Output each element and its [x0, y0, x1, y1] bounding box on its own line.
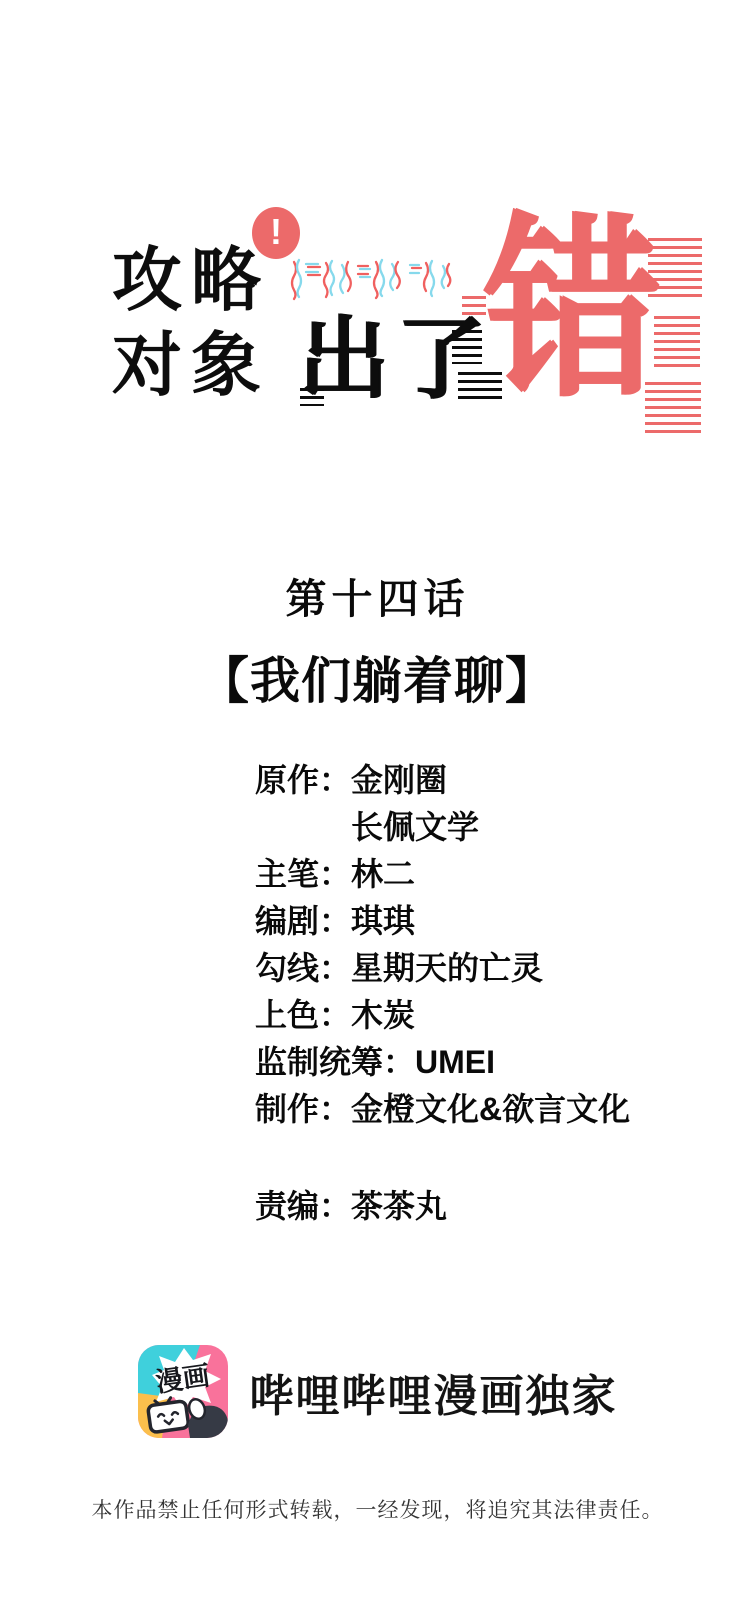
exclamation-mark: ! — [270, 214, 282, 250]
credit-value: UMEI — [415, 1044, 495, 1080]
glitch-streak — [452, 330, 482, 364]
credit-label: 监制统筹： — [255, 1044, 415, 1080]
credits-list: 原作：金刚圈 长佩文学 主笔：林二 编剧：琪琪 勾线：星期天的亡灵 上色：木炭 … — [255, 757, 630, 1230]
credit-label: 勾线： — [255, 950, 351, 986]
credit-row-original-author: 原作：金刚圈 — [255, 757, 630, 804]
manga-title-page: 攻略 对象 ! — [0, 0, 755, 1605]
credit-row-production: 制作：金橙文化&欲言文化 — [255, 1086, 630, 1133]
credit-value: 星期天的亡灵 — [351, 950, 543, 986]
credit-value: 琪琪 — [351, 903, 415, 939]
glitch-streak — [648, 238, 702, 300]
credit-row-inker: 勾线：星期天的亡灵 — [255, 945, 630, 992]
logo-text-bottom: 对象 — [112, 330, 270, 400]
credit-value: 金刚圈 — [351, 762, 447, 798]
glitch-streak — [462, 296, 486, 316]
credit-label: 上色： — [255, 997, 351, 1033]
credit-row-lead-artist: 主笔：林二 — [255, 851, 630, 898]
credit-row-supervisor: 监制统筹：UMEI — [255, 1039, 630, 1086]
logo-accent-char: 错 — [484, 213, 659, 409]
logo-text-top: 攻略 — [112, 245, 270, 315]
credit-value: 长佩文学 — [351, 809, 479, 845]
glitch-streak — [458, 372, 502, 402]
credit-label: 原作： — [255, 762, 351, 798]
exclusive-label: 哔哩哔哩漫画独家 — [250, 1360, 618, 1424]
credit-value: 林二 — [351, 856, 415, 892]
credit-label: 制作： — [255, 1091, 351, 1127]
credit-label: 主笔： — [255, 856, 351, 892]
credit-label: 编剧： — [255, 903, 351, 939]
copyright-notice: 本作品禁止任何形式转载，一经发现，将追究其法律责任。 — [0, 1494, 755, 1524]
chapter-heading: 第十四话 【我们躺着聊】 — [0, 566, 755, 713]
credit-row-colorist: 上色：木炭 — [255, 992, 630, 1039]
chapter-title: 【我们躺着聊】 — [0, 641, 755, 713]
glitch-streak — [645, 382, 701, 436]
publisher-row: 漫画 哔哩哔哩漫画独家 — [0, 1345, 755, 1438]
credit-row-screenwriter: 编剧：琪琪 — [255, 898, 630, 945]
exclamation-badge-icon: ! — [252, 207, 300, 259]
glitch-streak — [654, 316, 700, 368]
chapter-number: 第十四话 — [0, 566, 755, 625]
credit-label: 责编： — [255, 1188, 351, 1224]
credit-row-editor: 责编：茶茶丸 — [255, 1183, 630, 1230]
glitch-noise-icon — [288, 256, 458, 302]
credit-value: 茶茶丸 — [351, 1188, 447, 1224]
bilibili-manga-app-icon: 漫画 — [138, 1345, 228, 1438]
credit-row-publisher: 长佩文学 — [255, 804, 630, 851]
glitch-streak — [300, 388, 324, 406]
credit-value: 木炭 — [351, 997, 415, 1033]
credit-value: 金橙文化&欲言文化 — [351, 1091, 630, 1127]
